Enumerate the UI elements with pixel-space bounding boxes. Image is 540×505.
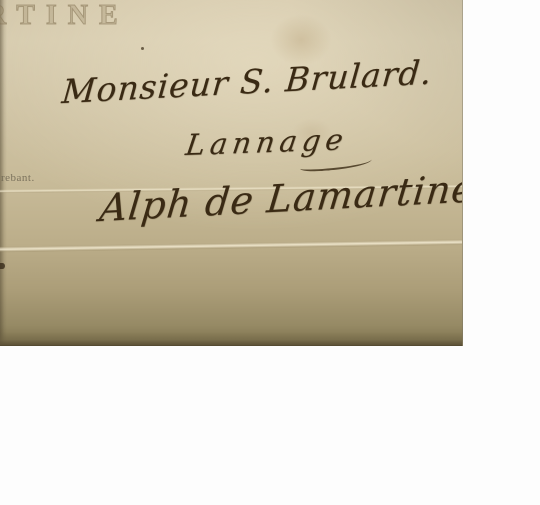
paper-bottom-edge-shadow <box>0 332 462 346</box>
edge-ink-mark <box>0 263 5 269</box>
embossed-letterhead-fragment: RTINE <box>0 0 129 32</box>
lamartine-signature: Alph de Lamartine <box>98 166 463 230</box>
handwritten-location-line: Lannage <box>184 122 351 162</box>
page-background: RTINE rebant. Monsieur S. Brulard. Lanna… <box>0 0 540 505</box>
printed-margin-fragment: rebant. <box>1 172 35 184</box>
ink-speck <box>141 47 144 50</box>
letter-photograph: RTINE rebant. Monsieur S. Brulard. Lanna… <box>0 0 463 346</box>
fold-crease-lower <box>0 239 463 253</box>
